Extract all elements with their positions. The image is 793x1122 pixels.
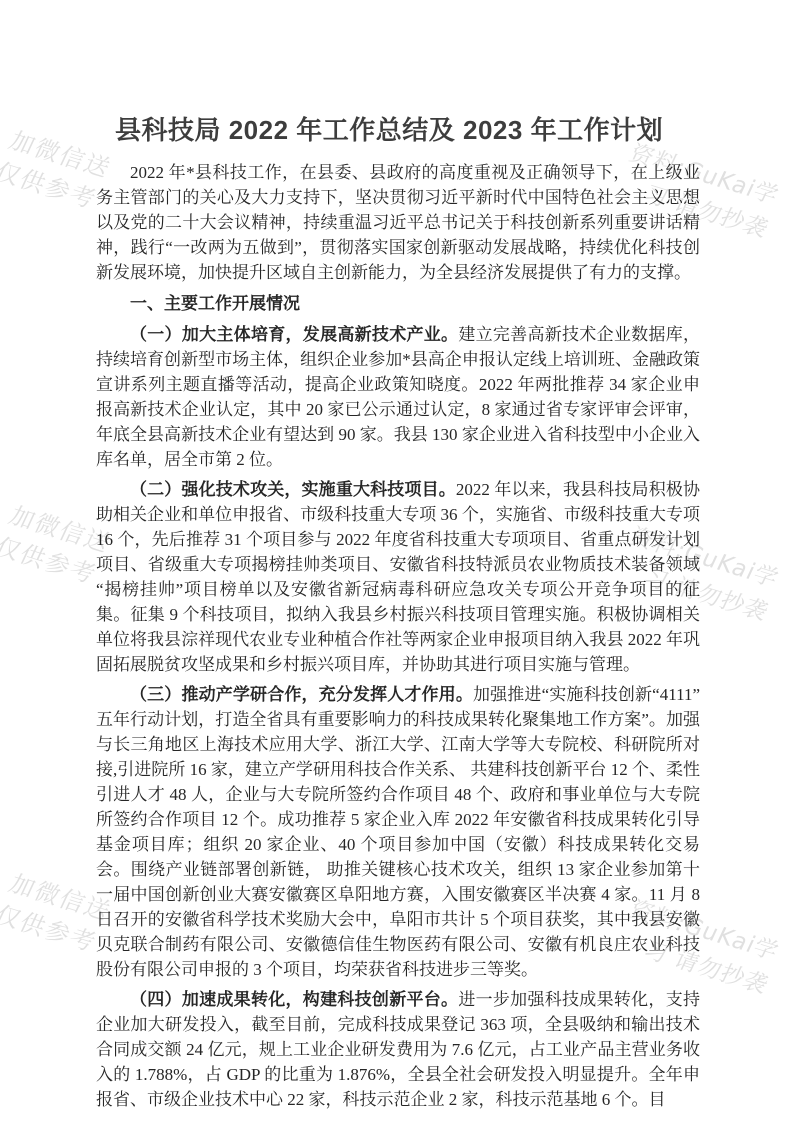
watermark-text: 仅供参考	[0, 530, 103, 592]
body-paragraph-4: （四）加速成果转化，构建科技创新平台。进一步加强科技成果转化，支持企业加大研发投…	[96, 987, 700, 1112]
document-title: 县科技局 2022 年工作总结及 2023 年工作计划	[115, 112, 700, 148]
paragraph-lead: （三）推动产学研合作，充分发挥人才作用。	[130, 685, 473, 704]
section-heading: 一、主要工作开展情况	[96, 291, 700, 316]
body-paragraph-3: （三）推动产学研合作，充分发挥人才作用。加强推进“实施科技创新“4111”五年行…	[96, 682, 700, 982]
document-page: 加微信送 仅供参考 加微信送 仅供参考 加微信送 仅供参考 资料:GuKai学 …	[0, 0, 793, 1122]
intro-paragraph: 2022 年*县科技工作，在县委、县政府的高度重视及正确领导下，在上级业务主管部…	[96, 160, 700, 285]
body-paragraph-1: （一）加大主体培育，发展高新技术产业。建立完善高新技术企业数据库，持续培育创新型…	[96, 322, 700, 472]
watermark-text: 仅供参考	[0, 898, 103, 960]
paragraph-lead: （二）强化技术攻关，实施重大科技项目。	[130, 480, 456, 499]
paragraph-body: 2022 年以来，我县科技局积极协助相关企业和单位申报省、市级科技重大专项 36…	[96, 480, 700, 674]
watermark-text: 仅供参考	[0, 155, 103, 217]
paragraph-body: 建立完善高新技术企业数据库，持续培育创新型市场主体，组织企业参加*县高企申报认定…	[96, 325, 700, 469]
paragraph-body: 加强推进“实施科技创新“4111”五年行动计划，打造全省具有重要影响力的科技成果…	[96, 685, 700, 979]
body-paragraph-2: （二）强化技术攻关，实施重大科技项目。2022 年以来，我县科技局积极协助相关企…	[96, 477, 700, 677]
document-content: 县科技局 2022 年工作总结及 2023 年工作计划 2022 年*县科技工作…	[96, 112, 700, 1117]
paragraph-lead: （一）加大主体培育，发展高新技术产业。	[130, 325, 458, 344]
paragraph-lead: （四）加速成果转化，构建科技创新平台。	[130, 990, 458, 1009]
